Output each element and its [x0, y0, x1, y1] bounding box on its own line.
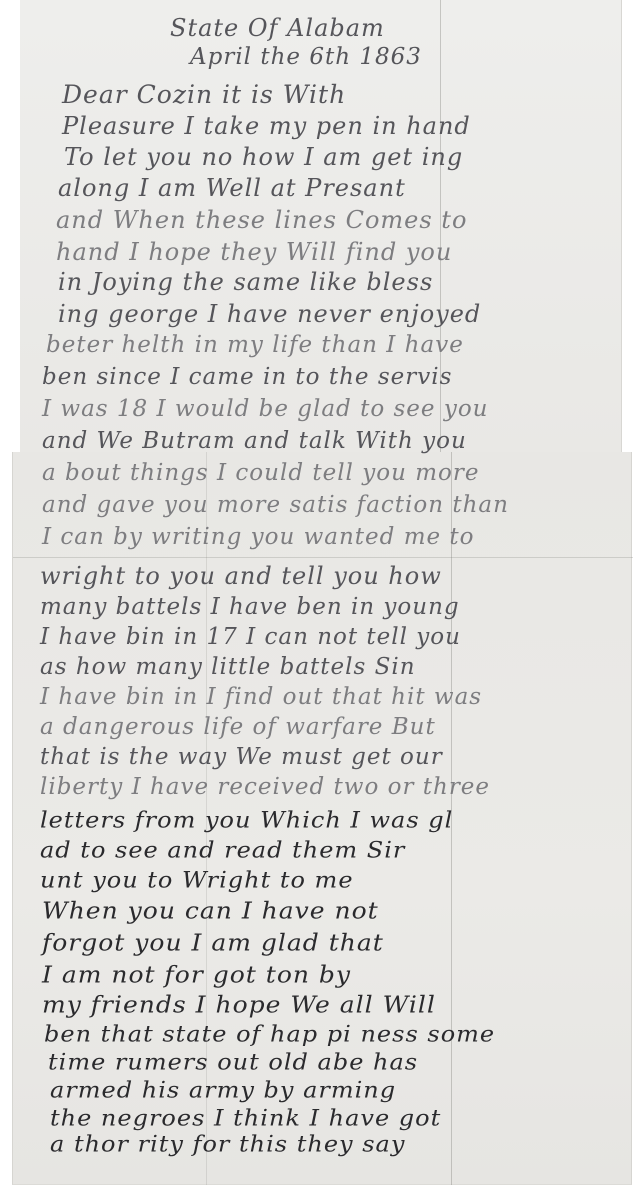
- letter-closing: bed: [0, 0, 640, 1200]
